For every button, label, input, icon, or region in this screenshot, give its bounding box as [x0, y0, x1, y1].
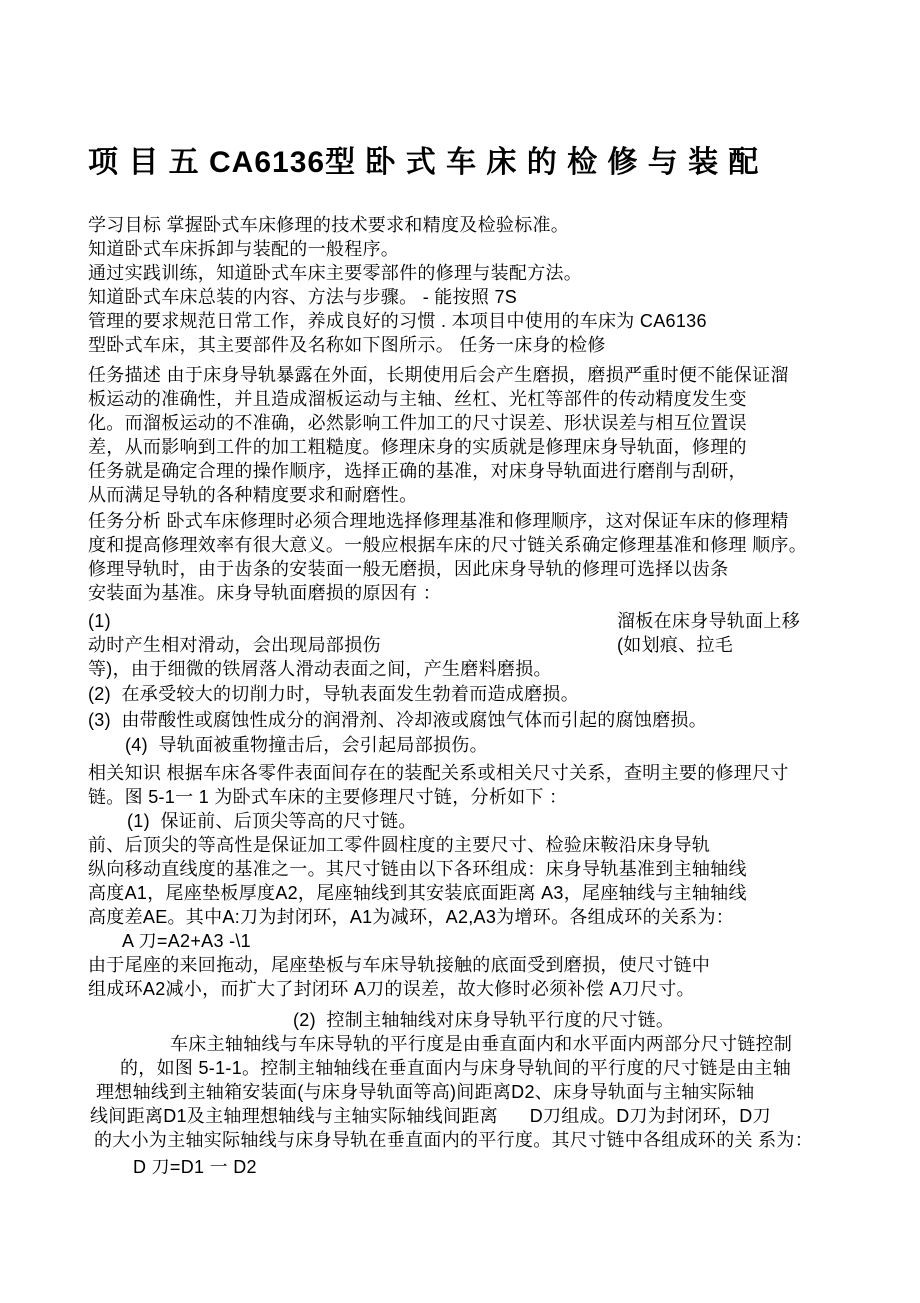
text-line: 板运动的准确性，并且造成溜板运动与主轴、丝杠、光杠等部件的传动精度发生变 [88, 387, 850, 411]
text-line: 学习目标 掌握卧式车床修理的技术要求和精度及检验标准。 [88, 213, 850, 237]
text-line: 前、后顶尖的等高性是保证加工零件圆柱度的主要尺寸、检验床鞍沿床身导轨 [88, 833, 850, 857]
text-line: 任务分析 卧式车床修理时必须合理地选择修理基准和修理顺序，这对保证车床的修理精 [88, 509, 850, 533]
document-title: 项 目 五 CA6136型 卧 式 车 床 的 检 修 与 装 配 [88, 142, 850, 184]
text-line: 等)，由于细微的铁屑落人滑动表面之间，产生磨料磨损。 [88, 657, 850, 681]
text-line: (3) 由带酸性或腐蚀性成分的润滑剂、冷却液或腐蚀气体而引起的腐蚀磨损。 [88, 708, 850, 732]
text-line: 任务就是确定合理的操作顺序，选择正确的基准，对床身导轨面进行磨削与刮研， [88, 459, 850, 483]
text-line: 相关知识 根据车床各零件表面间存在的装配关系或相关尺寸关系，查明主要的修理尺寸 [88, 761, 850, 785]
text-line: (2) 控制主轴轴线对床身导轨平行度的尺寸链。 [88, 1008, 850, 1032]
text-line: (1) 保证前、后顶尖等高的尺寸链。 [88, 809, 850, 833]
text-line: 纵向移动直线度的基准之一。其尺寸链由以下各环组成：床身导轨基准到主轴轴线 [88, 857, 850, 881]
text-line: 组成环A2减小，而扩大了封闭环 A刀的误差，故大修时必须补偿 A刀尺寸。 [88, 977, 850, 1001]
text-line: (2) 在承受较大的切削力时，导轨表面发生勃着而造成磨损。 [88, 682, 850, 706]
text-line: 知道卧式车床总装的内容、方法与步骤。 - 能按照 7S [88, 285, 850, 309]
text-line: 型卧式车床，其主要部件及名称如下图所示。 任务一床身的检修 [88, 333, 850, 357]
text-line: 车床主轴轴线与车床导轨的平行度是由垂直面内和水平面内两部分尺寸链控制 [88, 1032, 850, 1056]
text-line: 通过实践训练，知道卧式车床主要零部件的修理与装配方法。 [88, 261, 850, 285]
document-page: 项 目 五 CA6136型 卧 式 车 床 的 检 修 与 装 配 学习目标 掌… [0, 0, 920, 1303]
formula-d-line: D 刀=D1 一 D2 [88, 1155, 850, 1179]
text-line: 链。图 5-1一 1 为卧式车床的主要修理尺寸链，分析如下 ： [88, 785, 850, 809]
text-line-right-segment: 溜板在床身导轨面上移 [617, 609, 800, 633]
text-line: 理想轴线到主轴箱安装面(与床身导轨面等高)间距离D2、床身导轨面与主轴实际轴 [88, 1080, 850, 1104]
formula-a-line: A 刀=A2+A3 -\1 [88, 929, 850, 953]
text-line: 高度差AE。其中A:刀为封闭环，A1为减环，A2,A3为增环。各组成环的关系为： [88, 905, 850, 929]
text-line: 化。而溜板运动的不准确，必然影响工件加工的尺寸误差、形状误差与相互位置误 [88, 411, 850, 435]
text-line: 线间距离D1及主轴理想轴线与主轴实际轴线间距离 D刀组成。D刀为封闭环，D刀 [88, 1104, 850, 1128]
text-line: 由于尾座的来回拖动，尾座垫板与车床导轨接触的底面受到磨损，使尺寸链中 [88, 953, 850, 977]
text-line: 管理的要求规范日常工作，养成良好的习惯 . 本项目中使用的车床为 CA6136 [88, 309, 850, 333]
text-line: 修理导轨时，由于齿条的安装面一般无磨损，因此床身导轨的修理可选择以齿条 [88, 557, 850, 581]
text-line: 从而满足导轨的各种精度要求和耐磨性。 [88, 483, 850, 507]
text-line: (1)溜板在床身导轨面上移 [88, 609, 850, 633]
text-line: 高度A1，尾座垫板厚度A2，尾座轴线到其安装底面距离 A3，尾座轴线与主轴轴线 [88, 881, 850, 905]
document-body: 学习目标 掌握卧式车床修理的技术要求和精度及检验标准。知道卧式车床拆卸与装配的一… [88, 213, 850, 1179]
text-line: (4) 导轨面被重物撞击后，会引起局部损伤。 [88, 733, 850, 757]
text-line: 动时产生相对滑动，会出现局部损伤(如划痕、拉毛 [88, 633, 850, 657]
text-line: 的大小为主轴实际轴线与床身导轨在垂直面内的平行度。其尺寸链中各组成环的关 系为： [88, 1128, 850, 1152]
text-line: 度和提高修理效率有很大意义。一般应根据车床的尺寸链关系确定修理基准和修理 顺序。 [88, 533, 850, 557]
text-line: 任务描述 由于床身导轨暴露在外面，长期使用后会产生磨损，磨损严重时便不能保证溜 [88, 363, 850, 387]
text-line-right-segment: (如划痕、拉毛 [617, 633, 733, 657]
text-line: 知道卧式车床拆卸与装配的一般程序。 [88, 237, 850, 261]
text-line: 差，从而影响到工件的加工粗糙度。修理床身的实质就是修理床身导轨面，修理的 [88, 435, 850, 459]
text-line: 安装面为基准。床身导轨面磨损的原因有 ： [88, 581, 850, 605]
text-line: 的，如图 5-1-1。控制主轴轴线在垂直面内与床身导轨间的平行度的尺寸链是由主轴 [88, 1056, 850, 1080]
